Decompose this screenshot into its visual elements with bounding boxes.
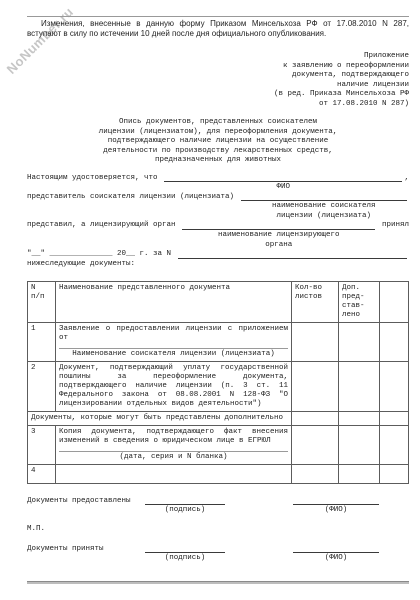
- submit-suffix: принял: [377, 221, 409, 231]
- authority-caption-row-1: представил, а лицензирующий орган наимен…: [27, 231, 409, 241]
- signature-caption: (подпись): [145, 506, 225, 516]
- document-name-caption: Наименование соискателя лицензии (лиценз…: [59, 348, 288, 359]
- fio-caption: (ФИО): [293, 554, 379, 564]
- document-name-text: Документ, подтверждающий уплату государс…: [59, 364, 288, 409]
- document-name-text: Копия документа, подтверждающего факт вн…: [59, 428, 288, 446]
- empty-cell: [339, 323, 380, 362]
- fio-blank-line: [293, 497, 379, 505]
- representative-line: представитель соискателя лицензии (лицен…: [27, 193, 409, 203]
- amendment-notice: Изменения, внесенные в данную форму Прик…: [27, 19, 409, 39]
- accepted-fio-field: (ФИО): [293, 545, 379, 564]
- authority-name-blank-line: [182, 228, 375, 230]
- document-name-cell: Документ, подтверждающий уплату государс…: [56, 362, 292, 412]
- document-name-cell: Заявление о предоставлении лицензии с пр…: [56, 323, 292, 362]
- empty-cell: [339, 412, 380, 426]
- fio-caption: ФИО: [162, 183, 404, 193]
- empty-cell: [380, 465, 409, 484]
- documents-accepted-row: Документы приняты (подпись) (ФИО): [27, 545, 409, 564]
- table-section-row: Документы, которые могут быть представле…: [28, 412, 409, 426]
- document-title: Опись документов, представленных соискат…: [27, 118, 409, 166]
- empty-cell: [292, 412, 339, 426]
- documents-provided-row: Документы предоставлены (подпись) (ФИО): [27, 497, 409, 516]
- licensing-authority-line: представил, а лицензирующий орган принял: [27, 221, 409, 231]
- authority-caption-row-2: представил, а лицензирующий орган органа…: [27, 241, 409, 251]
- empty-cell: [339, 426, 380, 465]
- applicant-name-blank-line: [241, 199, 407, 201]
- document-name-text: Заявление о предоставлении лицензии с пр…: [59, 325, 288, 343]
- empty-cell: [380, 426, 409, 465]
- document-page: Изменения, внесенные в данную форму Прик…: [0, 0, 420, 600]
- applicant-caption-row-1: представитель соискателя лицензии (лицен…: [27, 202, 409, 212]
- row-number: 3: [28, 426, 56, 465]
- column-header-additionally-provided: Доп. пред- став- лено: [339, 282, 380, 323]
- row-number: 1: [28, 323, 56, 362]
- row-number: 4: [28, 465, 56, 484]
- table-row-1: 1 Заявление о предоставлении лицензии с …: [28, 323, 409, 362]
- empty-cell: [380, 323, 409, 362]
- empty-cell: [292, 362, 339, 412]
- column-header-document-name: Наименование представленного документа: [56, 282, 292, 323]
- empty-cell: [339, 465, 380, 484]
- provided-signature-field: (подпись): [145, 497, 225, 516]
- date-number-prefix: "__" ______________ 20__ г. за N: [27, 250, 176, 260]
- empty-cell: [292, 426, 339, 465]
- registration-number-blank-line: [178, 257, 407, 259]
- document-name-cell: Копия документа, подтверждающего факт вн…: [56, 426, 292, 465]
- signature-blank-line: [145, 497, 225, 505]
- form-body: Настоящим удостоверяется, что , Настоящи…: [27, 174, 409, 270]
- submit-label: представил, а лицензирующий орган: [27, 221, 180, 231]
- empty-cell: [380, 362, 409, 412]
- empty-cell: [292, 465, 339, 484]
- document-name-caption: (дата, серия и N бланка): [59, 451, 288, 462]
- documents-provided-label: Документы предоставлены: [27, 497, 145, 507]
- certify-line: Настоящим удостоверяется, что ,: [27, 174, 409, 184]
- fio-blank-line: [164, 180, 402, 182]
- empty-cell: [339, 362, 380, 412]
- signature-section: Документы предоставлены (подпись) (ФИО) …: [27, 497, 409, 564]
- applicant-caption-1: наименование соискателя: [239, 202, 409, 212]
- fio-caption: (ФИО): [293, 506, 379, 516]
- table-row-4: 4: [28, 465, 409, 484]
- top-horizontal-rule: [27, 16, 409, 17]
- accepted-signature-field: (подпись): [145, 545, 225, 564]
- table-row-3: 3 Копия документа, подтверждающего факт …: [28, 426, 409, 465]
- authority-caption-2: органа: [180, 241, 377, 251]
- provided-fio-field: (ФИО): [293, 497, 379, 516]
- document-name-cell: [56, 465, 292, 484]
- applicant-caption-2: лицензии (лицензиата): [239, 212, 409, 222]
- table-row-2: 2 Документ, подтверждающий уплату госуда…: [28, 362, 409, 412]
- column-header-blank: [380, 282, 409, 323]
- signature-caption: (подпись): [145, 554, 225, 564]
- additional-documents-section-label: Документы, которые могут быть представле…: [28, 412, 292, 426]
- stamp-mark: М.П.: [27, 525, 409, 535]
- representative-label: представитель соискателя лицензии (лицен…: [27, 193, 239, 203]
- row-number: 2: [28, 362, 56, 412]
- docs-following-line: нижеследующие документы:: [27, 260, 409, 270]
- table-header-row: N п/п Наименование представленного докум…: [28, 282, 409, 323]
- date-number-line: "__" ______________ 20__ г. за N: [27, 250, 409, 260]
- empty-cell: [292, 323, 339, 362]
- certify-label: Настоящим удостоверяется, что: [27, 174, 162, 184]
- signature-blank-line: [145, 545, 225, 553]
- bottom-divider: [27, 581, 409, 584]
- docs-following-label: нижеследующие документы:: [27, 260, 135, 270]
- fio-caption-row: Настоящим удостоверяется, что ФИО ,: [27, 183, 409, 193]
- authority-caption-1: наименование лицензирующего: [180, 231, 377, 241]
- documents-accepted-label: Документы приняты: [27, 545, 145, 555]
- column-header-number: N п/п: [28, 282, 56, 323]
- column-header-sheet-count: Кол-во листов: [292, 282, 339, 323]
- annex-reference-block: Приложение к заявлению о переоформлении …: [27, 52, 409, 109]
- empty-cell: [380, 412, 409, 426]
- certify-comma: ,: [404, 174, 409, 184]
- fio-blank-line: [293, 545, 379, 553]
- documents-table: N п/п Наименование представленного докум…: [27, 281, 409, 484]
